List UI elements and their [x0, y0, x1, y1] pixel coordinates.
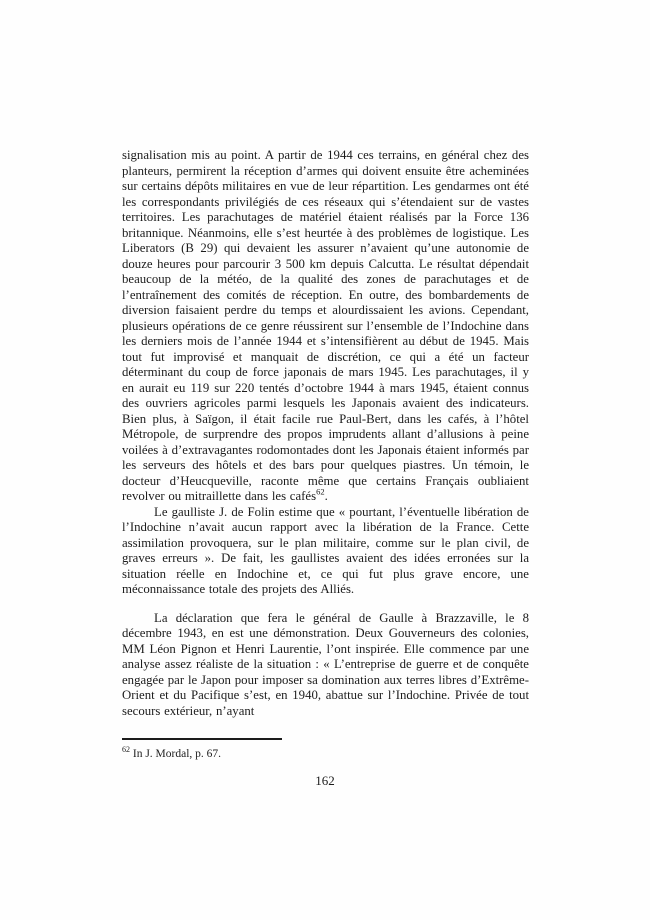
paragraph-1-period: . [325, 489, 328, 503]
paragraph-3: La déclaration que fera le général de Ga… [122, 611, 529, 720]
footnote-reference-marker: 62 [316, 487, 325, 497]
footnote: 62 In J. Mordal, p. 67. [122, 747, 529, 761]
page-number: 162 [0, 773, 650, 789]
footnote-number: 62 [122, 745, 130, 754]
footnote-text: In J. Mordal, p. 67. [133, 748, 221, 760]
paragraph-1-text: signalisation mis au point. A partir de … [122, 148, 529, 503]
footnote-separator-rule [122, 738, 282, 740]
paragraph-2: Le gaulliste J. de Folin estime que « po… [122, 505, 529, 598]
book-page: signalisation mis au point. A partir de … [0, 0, 650, 920]
page-body: signalisation mis au point. A partir de … [122, 148, 529, 719]
paragraph-1: signalisation mis au point. A partir de … [122, 148, 529, 505]
